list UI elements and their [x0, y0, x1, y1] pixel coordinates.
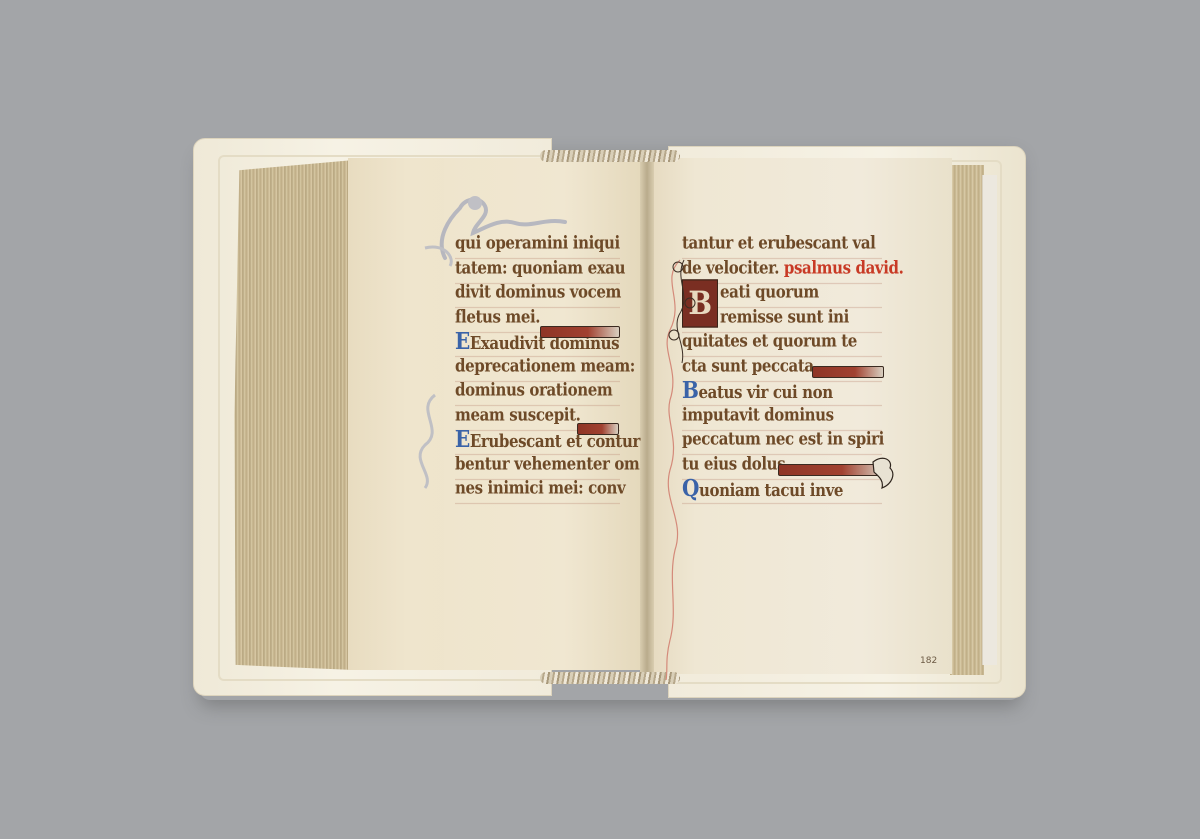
text-line: tantur et erubescant val: [682, 230, 882, 258]
rubric: psalmus david.: [784, 257, 904, 278]
blue-initial: E: [455, 327, 470, 355]
text-line: peccatum nec est in spiri: [682, 426, 882, 454]
fore-edge-right: [982, 175, 997, 665]
winged-grotesque-icon: [868, 452, 898, 490]
blue-initial: E: [455, 425, 470, 453]
line-filler: [540, 326, 620, 338]
text-line: uoniam tacui inve: [699, 480, 843, 501]
text-line: quitates et quorum te: [682, 328, 882, 356]
line-filler: [577, 423, 619, 435]
left-page-text: qui operamini iniqui tatem: quoniam exau…: [455, 234, 620, 504]
text-line: eatus vir cui non: [699, 382, 833, 403]
folio-number: 182: [920, 656, 937, 666]
text-line: dominus orationem: [455, 377, 620, 405]
text-block-edges-right: [950, 165, 984, 675]
text-line: divit dominus vocem: [455, 279, 620, 307]
text-line: nes inimici mei: conv: [455, 475, 620, 503]
text-line-with-initial: Beati quorum: [682, 279, 882, 307]
vine-ornament-icon: [664, 255, 704, 365]
text-line: eati quorum: [720, 282, 819, 303]
blue-initial: Q: [682, 474, 699, 502]
drollery-tendril-icon: [405, 390, 455, 490]
text-line: qui operamini iniqui: [455, 230, 620, 258]
text-block-edges-left: [232, 160, 354, 670]
spine-headband: [540, 150, 680, 162]
line-filler: [812, 366, 884, 378]
text-line-with-initial: Quoniam tacui inve: [682, 475, 882, 503]
blue-initial: B: [682, 376, 699, 404]
text-line-with-initial: Beatus vir cui non: [682, 377, 882, 405]
